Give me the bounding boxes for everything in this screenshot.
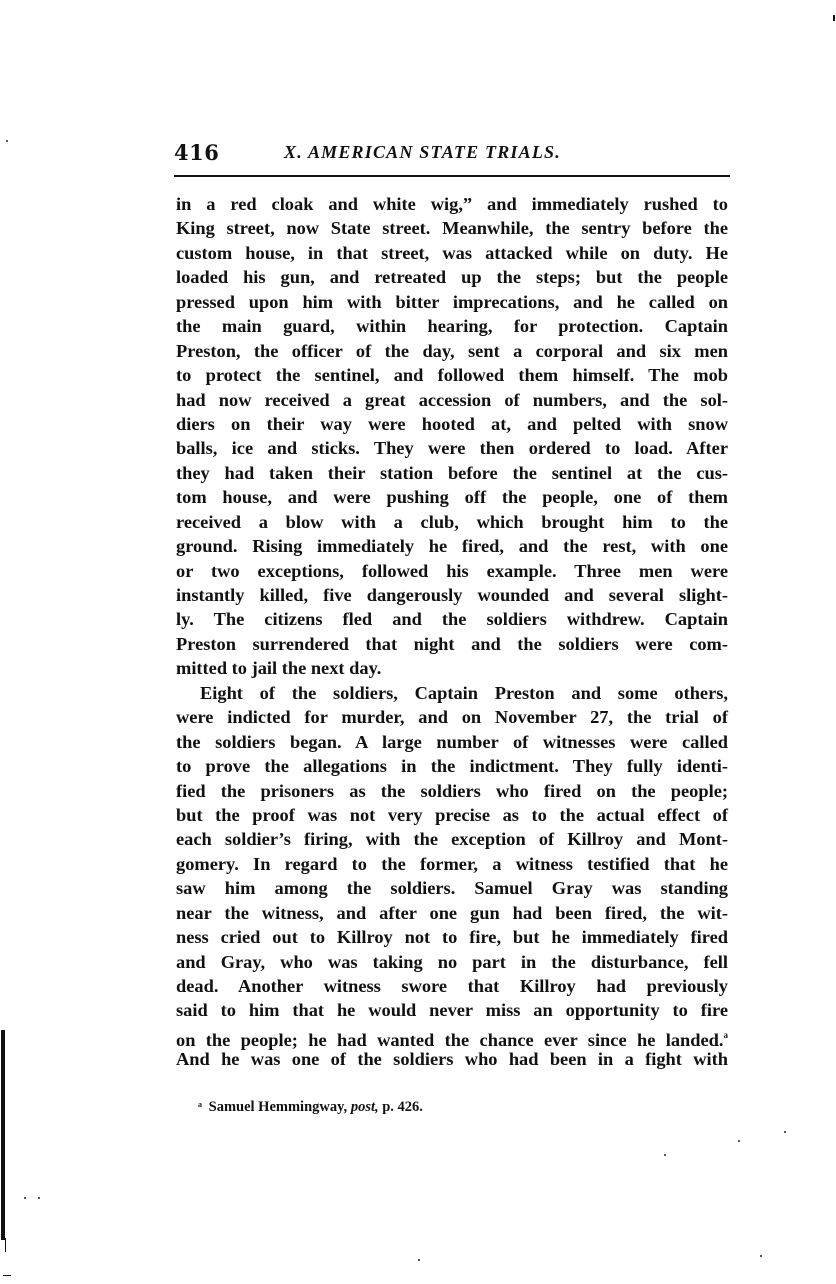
- running-title: X. AMERICAN STATE TRIALS.: [284, 142, 561, 163]
- scan-speck: [664, 1154, 666, 1156]
- text-line: the soldiers began. A large number of wi…: [176, 730, 728, 754]
- text-line: instantly killed, five dangerously wound…: [176, 583, 728, 607]
- document-page: 416 X. AMERICAN STATE TRIALS. in a red c…: [0, 0, 836, 1284]
- text-line: mitted to jail the next day.: [176, 656, 728, 680]
- scan-speck: [418, 1259, 420, 1261]
- text-line: and Gray, who was taking no part in the …: [176, 950, 728, 974]
- text-line: Preston surrendered that night and the s…: [176, 632, 728, 656]
- scan-artifact: [833, 15, 835, 21]
- paragraph-start-line: Eight of the soldiers, Captain Preston a…: [176, 681, 728, 705]
- footnote-mark: a: [198, 1100, 202, 1109]
- text-line: And he was one of the soldiers who had b…: [176, 1047, 728, 1071]
- text-line: to prove the allegations in the indictme…: [176, 754, 728, 778]
- scan-speck: [38, 1197, 40, 1199]
- text-line: ness cried out to Killroy not to fire, b…: [176, 925, 728, 949]
- text-line: fied the prisoners as the soldiers who f…: [176, 779, 728, 803]
- text-line: custom house, in that street, was attack…: [176, 241, 728, 265]
- text-line: near the witness, and after one gun had …: [176, 901, 728, 925]
- footnote-post: post,: [351, 1099, 379, 1115]
- text-line: or two exceptions, followed his example.…: [176, 559, 728, 583]
- text-line: were indicted for murder, and on Novembe…: [176, 705, 728, 729]
- scan-speck: [6, 140, 8, 142]
- text-line: but the proof was not very precise as to…: [176, 803, 728, 827]
- text-line: balls, ice and sticks. They were then or…: [176, 436, 728, 460]
- scan-artifact: [5, 1238, 6, 1252]
- page-header: 416 X. AMERICAN STATE TRIALS.: [174, 140, 730, 170]
- text-line: King street, now State street. Meanwhile…: [176, 216, 728, 240]
- text-line: dead. Another witness swore that Killroy…: [176, 974, 728, 998]
- text-line: had now received a great accession of nu…: [176, 388, 728, 412]
- scan-edge-line: [1, 1030, 5, 1240]
- text-line-with-footnote: on the people; he had wanted the chance …: [176, 1023, 728, 1047]
- text-line: they had taken their station before the …: [176, 461, 728, 485]
- footnote-name: Samuel Hemmingway,: [209, 1099, 348, 1115]
- text-line: Preston, the officer of the day, sent a …: [176, 339, 728, 363]
- text-line: pressed upon him with bitter imprecation…: [176, 290, 728, 314]
- header-rule: [174, 175, 730, 177]
- text-line: said to him that he would never miss an …: [176, 998, 728, 1022]
- text-line: each soldier’s firing, with the exceptio…: [176, 827, 728, 851]
- footnote-page: p. 426.: [382, 1099, 423, 1115]
- text-line: saw him among the soldiers. Samuel Gray …: [176, 876, 728, 900]
- page-number: 416: [174, 140, 219, 165]
- text-line: diers on their way were hooted at, and p…: [176, 412, 728, 436]
- footnote-reference[interactable]: a: [724, 1030, 729, 1040]
- text-line: tom house, and were pushing off the peop…: [176, 485, 728, 509]
- scan-speck: [24, 1197, 26, 1199]
- scan-speck: [760, 1255, 762, 1257]
- text-line: the main guard, within hearing, for prot…: [176, 314, 728, 338]
- text-line: gomery. In regard to the former, a witne…: [176, 852, 728, 876]
- text-line: ly. The citizens fled and the soldiers w…: [176, 607, 728, 631]
- text-line: received a blow with a club, which broug…: [176, 510, 728, 534]
- text-line: ground. Rising immediately he fired, and…: [176, 534, 728, 558]
- scan-speck: [738, 1140, 740, 1142]
- footnote: a Samuel Hemmingway, post, p. 426.: [198, 1099, 423, 1116]
- text-line: loaded his gun, and retreated up the ste…: [176, 265, 728, 289]
- text-line: to protect the sentinel, and followed th…: [176, 363, 728, 387]
- scan-artifact: [3, 1275, 11, 1276]
- body-text: in a red cloak and white wig,” and immed…: [176, 192, 728, 1072]
- scan-speck: [784, 1131, 786, 1133]
- text-line: in a red cloak and white wig,” and immed…: [176, 192, 728, 216]
